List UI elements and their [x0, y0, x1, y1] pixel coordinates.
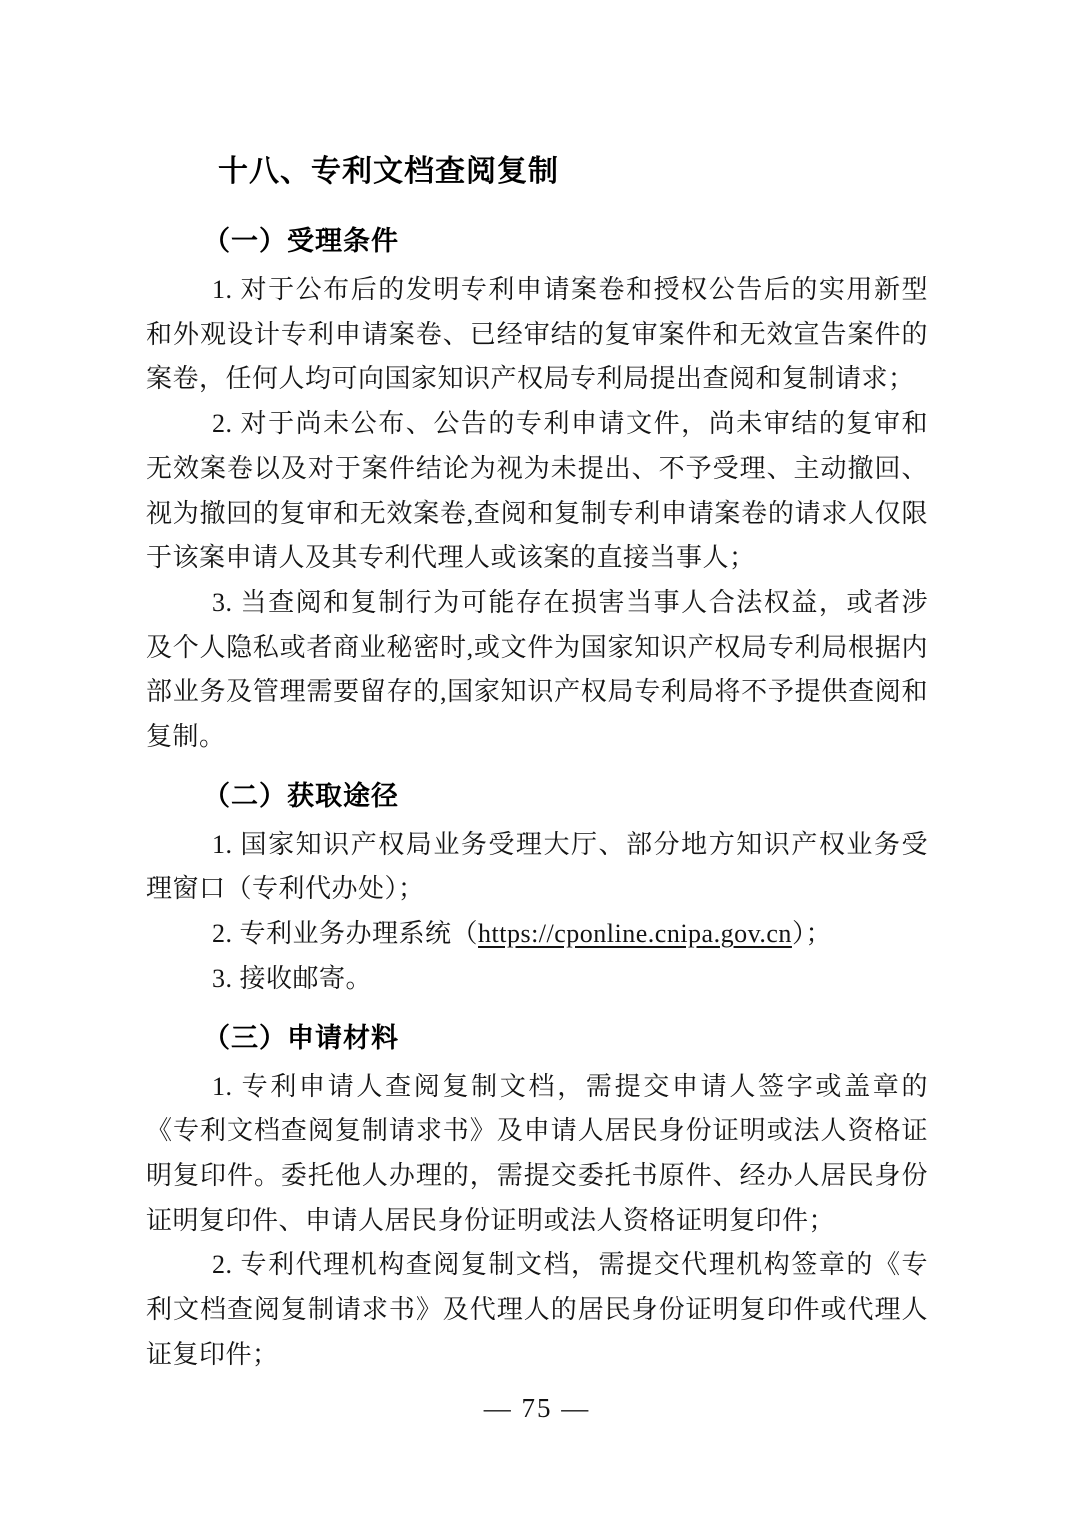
online-system-label: 2. 专利业务办理系统（ — [212, 919, 478, 948]
online-system-suffix: ）； — [792, 919, 832, 948]
document-content: 十八、专利文档查阅复制 （一）受理条件 1. 对于公布后的发明专利申请案卷和授权… — [146, 0, 928, 1377]
section-3-paragraph-2: 2. 专利代理机构查阅复制文档，需提交代理机构签章的《专利文档查阅复制请求书》及… — [146, 1243, 928, 1377]
section-acceptance-conditions: （一）受理条件 1. 对于公布后的发明专利申请案卷和授权公告后的实用新型和外观设… — [146, 225, 928, 760]
cponline-link[interactable]: https://cponline.cnipa.gov.cn — [478, 919, 792, 948]
document-title: 十八、专利文档查阅复制 — [218, 155, 928, 188]
section-1-paragraph-1: 1. 对于公布后的发明专利申请案卷和授权公告后的实用新型和外观设计专利申请案卷、… — [146, 268, 928, 402]
page-number: — 75 — — [0, 1393, 1074, 1423]
section-application-materials: （三）申请材料 1. 专利申请人查阅复制文档，需提交申请人签字或盖章的《专利文档… — [146, 1022, 928, 1378]
section-2-item-1: 1. 国家知识产权局业务受理大厅、部分地方知识产权业务受理窗口（专利代办处）； — [146, 823, 928, 912]
section-access-channels: （二）获取途径 1. 国家知识产权局业务受理大厅、部分地方知识产权业务受理窗口（… — [146, 780, 928, 1002]
document-page: 十八、专利文档查阅复制 （一）受理条件 1. 对于公布后的发明专利申请案卷和授权… — [0, 0, 1074, 1520]
section-1-paragraph-3: 3. 当查阅和复制行为可能存在损害当事人合法权益，或者涉及个人隐私或者商业秘密时… — [146, 581, 928, 760]
section-3-paragraph-1: 1. 专利申请人查阅复制文档，需提交申请人签字或盖章的《专利文档查阅复制请求书》… — [146, 1065, 928, 1244]
section-2-item-2: 2. 专利业务办理系统（https://cponline.cnipa.gov.c… — [146, 912, 928, 957]
section-1-paragraph-2: 2. 对于尚未公布、公告的专利申请文件，尚未审结的复审和无效案卷以及对于案件结论… — [146, 402, 928, 581]
section-2-item-3: 3. 接收邮寄。 — [146, 957, 928, 1002]
section-1-heading: （一）受理条件 — [146, 225, 928, 257]
section-3-heading: （三）申请材料 — [146, 1022, 928, 1054]
section-2-heading: （二）获取途径 — [146, 780, 928, 812]
